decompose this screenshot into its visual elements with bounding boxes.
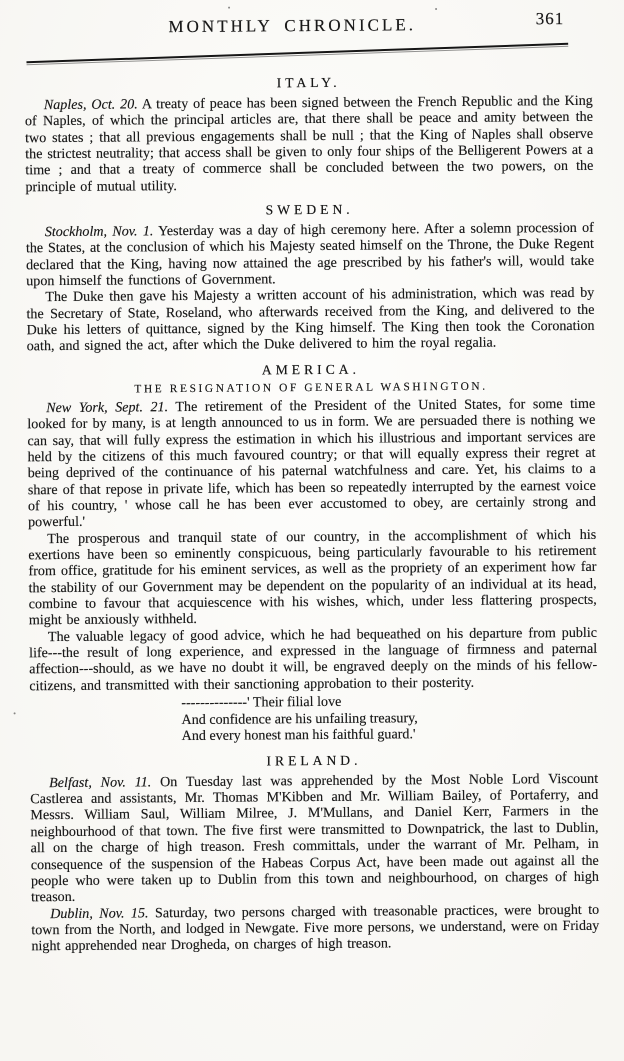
scan-speck (537, 926, 539, 928)
paragraph-ireland-belfast: Belfast, Nov. 11. On Tuesday last was ap… (30, 771, 599, 906)
dateline-stockholm: Stockholm, Nov. 1. (45, 223, 154, 240)
paragraph-text: On Tuesday last was apprehended by the M… (30, 771, 599, 906)
page-body: ITALY. Naples, Oct. 20. A treaty of peac… (1, 64, 624, 955)
paragraph-ireland-dublin: Dublin, Nov. 15. Saturday, two persons c… (31, 901, 599, 954)
paragraph-text: The prosperous and tranquil state of our… (28, 526, 596, 628)
scanned-page: MONTHLY CHRONICLE. 361 ITALY. Naples, Oc… (0, 0, 624, 1061)
verse-quotation: --------------' Their filial love And co… (181, 693, 418, 745)
verse-line: And confidence are his unfailing treasur… (181, 710, 417, 728)
page-sheet: MONTHLY CHRONICLE. 361 ITALY. Naples, Oc… (0, 0, 624, 1061)
scan-speck (556, 153, 558, 155)
verse-line: --------------' Their filial love (181, 693, 417, 711)
section-heading-italy: ITALY. (25, 73, 593, 93)
page-number: 361 (536, 9, 565, 29)
section-heading-ireland: IRELAND. (30, 751, 598, 771)
scan-speck (228, 7, 230, 9)
section-heading-sweden: SWEDEN. (26, 200, 594, 220)
paragraph-sweden-stockholm: Stockholm, Nov. 1. Yesterday was a day o… (26, 220, 594, 290)
subheading-washington-resignation: THE RESIGNATION OF GENERAL WASHINGTON. (27, 380, 595, 396)
paragraph-text: The Duke then gave his Majesty a written… (26, 285, 594, 354)
paragraph-text: The retirement of the President of the U… (27, 396, 596, 531)
dateline-dublin: Dublin, Nov. 15. (50, 905, 148, 922)
scan-speck (14, 712, 16, 714)
dateline-naples: Naples, Oct. 20. (44, 96, 138, 113)
dateline-newyork: New York, Sept. 21. (46, 399, 168, 416)
paragraph-sweden-duke: The Duke then gave his Majesty a written… (26, 285, 594, 355)
paragraph-text: The valuable legacy of good advice, whic… (29, 624, 597, 693)
paragraph-america-newyork: New York, Sept. 21. The retirement of th… (27, 396, 596, 531)
paragraph-america-legacy: The valuable legacy of good advice, whic… (29, 624, 597, 694)
masthead: MONTHLY CHRONICLE. 361 (0, 0, 624, 46)
page-title: MONTHLY CHRONICLE. (0, 14, 584, 39)
header-rule (26, 43, 568, 63)
paragraph-italy-naples: Naples, Oct. 20. A treaty of peace has b… (25, 93, 594, 196)
scan-speck (435, 8, 437, 10)
verse-line: And every honest man his faithful guard.… (182, 726, 418, 744)
dateline-belfast: Belfast, Nov. 11. (49, 774, 151, 791)
paragraph-america-prosperous: The prosperous and tranquil state of our… (28, 526, 597, 629)
section-heading-america: AMERICA. (27, 360, 595, 380)
